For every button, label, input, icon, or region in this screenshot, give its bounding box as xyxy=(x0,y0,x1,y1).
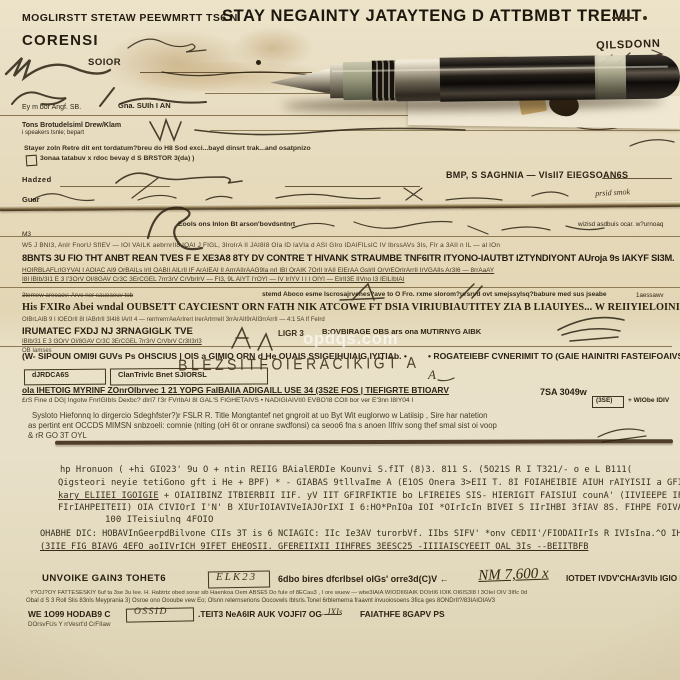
hand-row-right: 1aessawv xyxy=(636,293,664,300)
ohabhe-line: OHABHE DIC: HOBAVInGeerpdBilvone CIIs 3T… xyxy=(40,530,680,539)
page-title: STAY NEGAINTY JATAYTENG D ATTBMBT TREMIT xyxy=(222,8,642,25)
eools-row-scribble xyxy=(292,222,604,235)
corens-scribble xyxy=(128,39,206,52)
we-line-right: FAIATHFE 8GAPV PS xyxy=(360,610,445,619)
guar-scribble xyxy=(32,178,568,201)
unvoike-left: UNVOIKE GAIN3 TOHET6 xyxy=(42,574,166,584)
typed-line-underlined: kary ELIIEI IGOIGIE xyxy=(58,491,159,501)
checkbox-icon xyxy=(26,155,38,167)
smallprint-line: W5 J BNI3, AnIr FnorU SfIEV — IOI VAILK … xyxy=(22,243,500,250)
right-note: wizisd asdbuis ocar. w?urnoaq xyxy=(578,222,663,229)
typed-line: 100 ITeisiulnq 4FOIO xyxy=(105,516,213,525)
pen-chrome-section xyxy=(395,59,444,102)
corner-mark xyxy=(643,16,647,20)
box-a-text: dJRDCA6S xyxy=(32,372,69,379)
pen-tip xyxy=(270,68,332,95)
handwriting-note: prsid smok xyxy=(595,188,630,198)
footer-tiny: DOrsvFUs Y rrVesrt'd CrFIIaw xyxy=(28,622,110,629)
pen-barrel xyxy=(440,56,599,102)
rumatec-label: IRUMATEC FXDJ NJ 3RNAGIGLK TVE xyxy=(22,327,193,337)
typed-line: hp Hronuon ( +hi GIO23' 9u O + ntin REII… xyxy=(60,466,632,475)
we-line-left: WE 1O99 HODAB9 C xyxy=(28,610,110,619)
rule xyxy=(210,130,680,131)
bullet-dot xyxy=(256,60,261,65)
hadzed-scribble xyxy=(116,173,242,183)
bmp-reference: BMP, S SAGHNIA — VIsII7 EIEGSOAN6S xyxy=(446,171,628,180)
rule xyxy=(60,186,170,187)
unvoike-right: IOTDET IVDV'CHAr3VIb IGIO I OIAIAE IIs xyxy=(566,575,680,584)
tiny-line: OIBrLAIB 9 I IOEOrII 8I IABrIrII 3I4I8 I… xyxy=(22,317,325,323)
states-line: His FXIRo Abei wndal OUBSETT CAYCIESNT O… xyxy=(22,303,680,314)
tiny-line: Y?OJ?OY FATTESESKIY 6uf ta 3se 3u Iee. H… xyxy=(30,590,527,596)
tiny-line: Obal d S 3 Roll Slis 83nls Meyprania 3) … xyxy=(26,598,495,604)
we-line-mid: .TEIT3 NeA6IR AUK VOJFI7 OG —— xyxy=(198,610,341,619)
typed-line-rest: + OIAIIBINZ ITBIERBII IIF. yV IIT GFIRFI… xyxy=(159,491,680,501)
row-value: Gna. SUIh I AN xyxy=(118,102,171,110)
rule xyxy=(0,236,680,237)
we-handwriting: ..JXIs xyxy=(322,608,343,617)
a-mark-scribble xyxy=(438,378,454,381)
box-b-text: ClanTrivlc Bnet SJIORSL xyxy=(118,371,207,379)
hadzed-label: Hadzed xyxy=(22,176,52,184)
ihetog-right: 7SA 3049w xyxy=(540,388,587,397)
header-dept: MOGLIRSTT STETAW PEEWMRTT TS6 N xyxy=(22,13,238,24)
dense-line: HOIRBLAFLrIGYVAI I AOIAC AI9 OrBAILs IrI… xyxy=(22,268,494,275)
pen-band xyxy=(595,55,629,99)
rule xyxy=(602,178,672,179)
ballpoint-pen xyxy=(270,50,680,106)
notice-text: Stayer zoln Retre dit ent tordatum?breu … xyxy=(24,145,311,152)
sweep-scribble xyxy=(558,318,624,341)
tons-sublabel: i speakers tsnle; bepart xyxy=(22,130,84,136)
checkbox-note: 3onaa tatabuv x rdoc bevay d S BRSTOR 3(… xyxy=(40,155,194,162)
corner-mark xyxy=(612,17,634,19)
paragraph-line: Sysloto Hiefonnq lo dirgercio Sdeghfster… xyxy=(32,412,487,420)
unvoike-mid: 6dbo bires dfcrIbsel oIGs' orre3d(C)V ← xyxy=(278,575,449,584)
typed-line: FIrIAHPEITEII) OIA CIVIOrI I'N' B XIUrIO… xyxy=(58,504,680,513)
document-photo: MOGLIRSTT STETAW PEEWMRTT TS6 N STAY NEG… xyxy=(0,0,680,680)
we-box-text: OSSID xyxy=(134,608,168,618)
fine-box-text: (3SE) xyxy=(596,398,612,405)
hand-row-left: 3temew areoaov: Arve ner sauoaeuv tob xyxy=(22,293,133,300)
tons-label: Tons Brotudelsiml Drew/Klam xyxy=(22,122,121,129)
ihetog-line: oIa IHETOIG MYRINF ZOnrOlbrvec 1 21 YOPG… xyxy=(22,386,449,395)
typed-line: kary ELIIEI IGOIGIE + OIAIIBINZ ITBIERBI… xyxy=(58,492,680,501)
ovb-tail: IBIb/31 E 3 I3OrV OI/8GAV Cr3C 3ErCGEL 7… xyxy=(22,339,202,345)
nm-handwriting: NM 7,600 x xyxy=(478,567,549,585)
hand-row-mid: stemd Aboco esme Iscrosajrvenes?ave to O… xyxy=(262,292,607,299)
pen-grip xyxy=(343,62,374,100)
terms-line: 8BNTS 3U FIO THT ANBT REAN TVES F E XE3A… xyxy=(22,254,674,264)
fine-tail: + WIObe IDIV xyxy=(628,398,669,405)
ohabhe-line: (3IIE FIG BIAVG 4EFO aoIIVrICH 9IFET EHE… xyxy=(40,543,588,552)
rule xyxy=(0,287,680,288)
guar-label: Guar xyxy=(22,196,40,204)
pen-tail xyxy=(626,54,680,99)
ligr-label: LIGR 3 xyxy=(278,330,304,338)
elk-box-text: ELK23 xyxy=(216,572,257,584)
section-divider xyxy=(55,439,673,445)
eools-label: Eools ons Inlon Bt arson'bovdsntnrt xyxy=(178,221,295,228)
paragraph-line: & rR GO 3T OYL xyxy=(28,432,87,440)
pen-rings xyxy=(372,60,397,100)
hand-a-mark: A xyxy=(428,368,436,382)
dense-line: I8I IBIb/3I1 E 3 I'3OrV OI/8GAV Cr3C 3Er… xyxy=(22,277,404,284)
metal-rule xyxy=(0,201,680,211)
fine-row: £rS Fine d DG| Ingotw FnrIGIbIs Dexbc? d… xyxy=(22,398,413,405)
form-word: CORENSI xyxy=(22,33,99,49)
name-field-value: SOIOR xyxy=(88,58,121,68)
rule xyxy=(0,115,412,116)
rule xyxy=(285,186,420,187)
row-label: Ey m bor Angf. SB. xyxy=(22,104,81,111)
rogate-line: • ROGATEIEBF CVNERIMIT TO (GAIE HAINITRI… xyxy=(428,352,680,361)
typed-line: Qigsteori neyie tetiGono gft i He + BPF)… xyxy=(58,479,680,488)
watermark: opdqs.com xyxy=(303,330,398,348)
paragraph-line: as pertint ent OCCDS MIMSN snbzoeli: com… xyxy=(28,422,497,430)
